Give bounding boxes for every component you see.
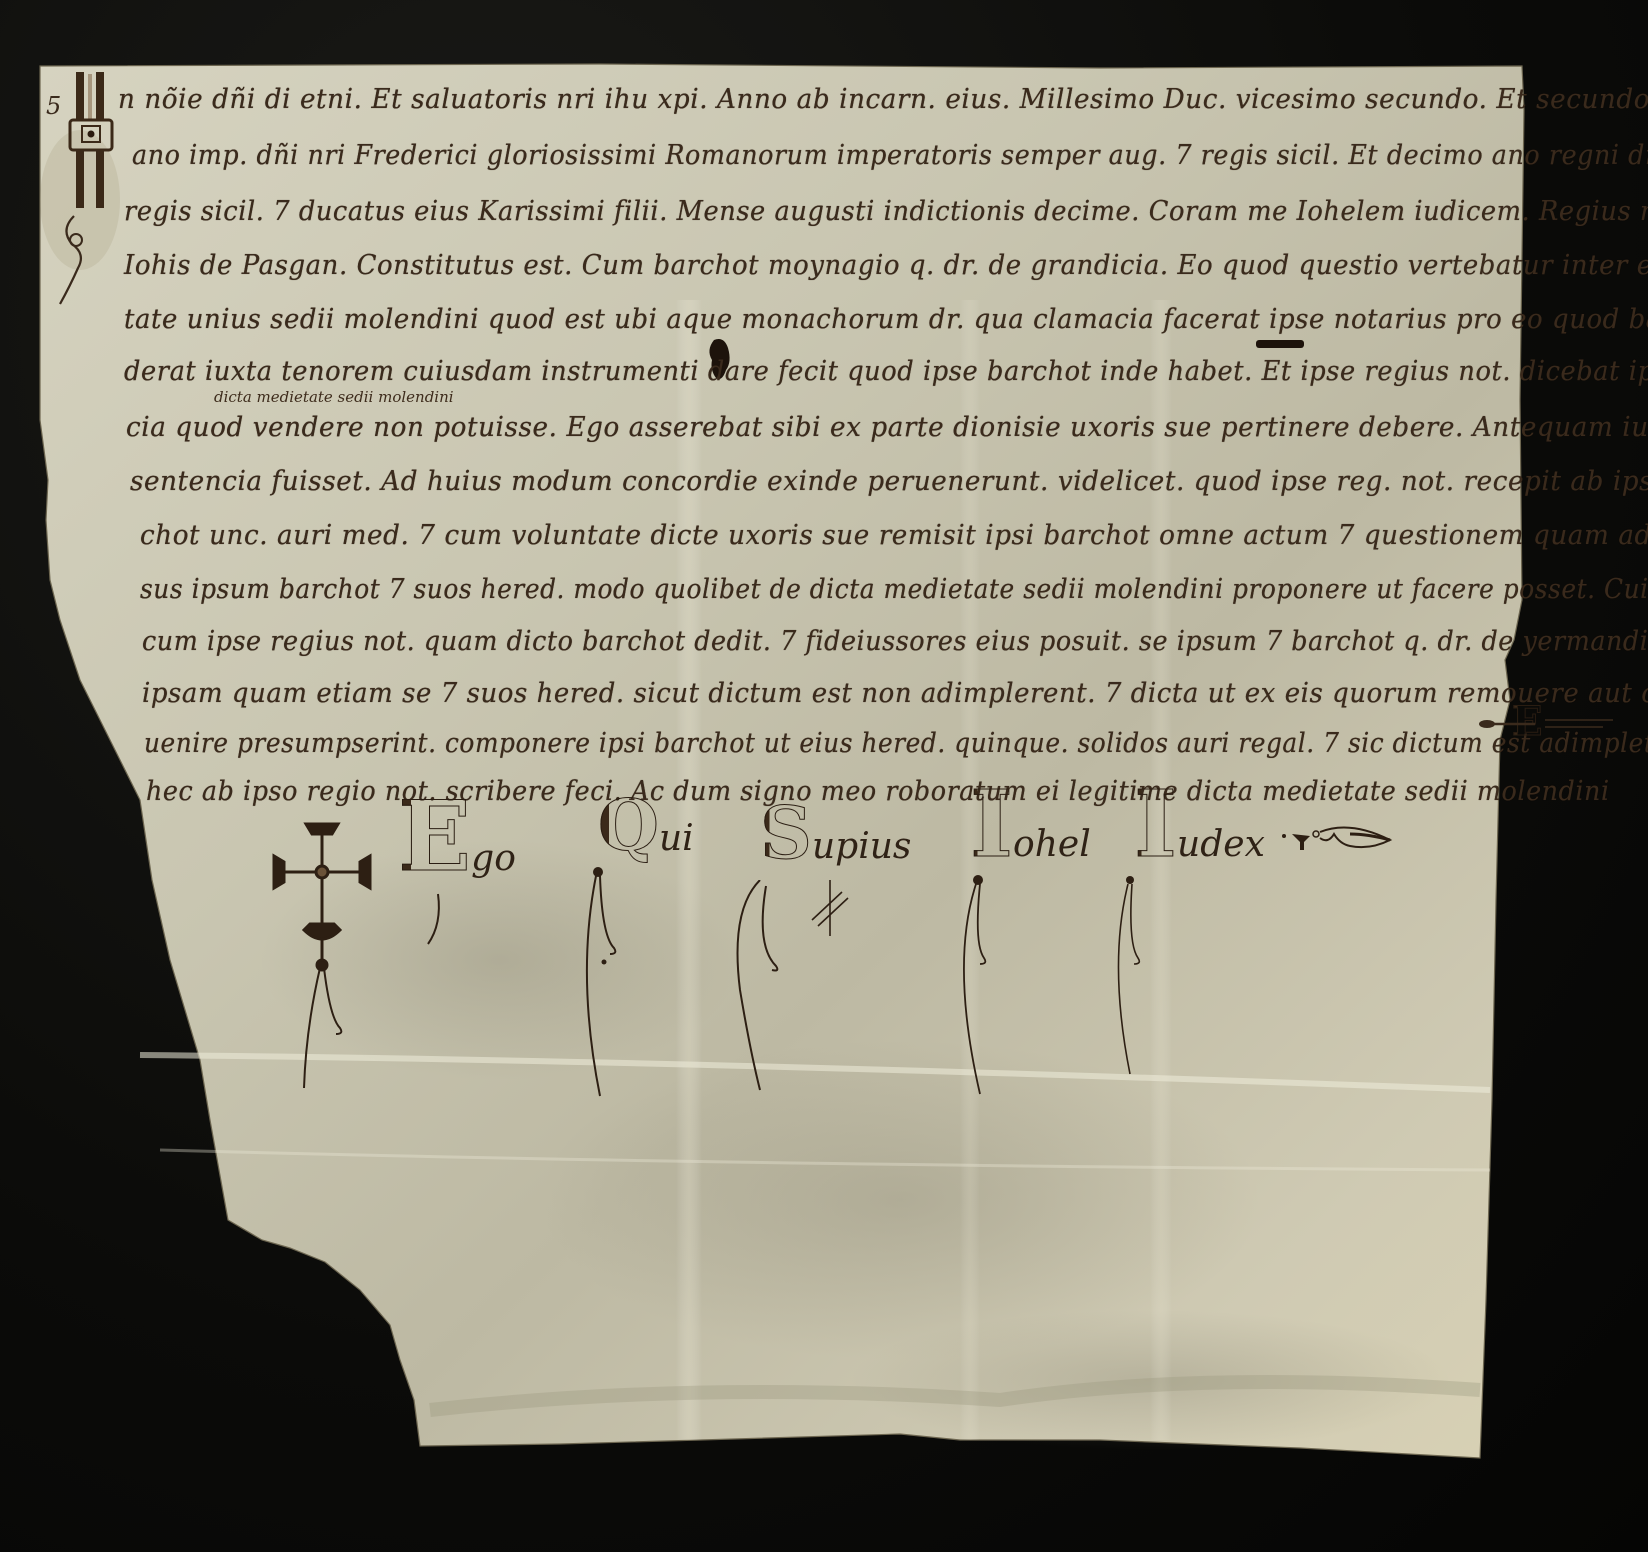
iohel-tail-icon — [952, 870, 1012, 1100]
text-line-7: cia quod vendere non potuisse. Ego asser… — [126, 412, 1648, 443]
leaf-flourish-icon — [1280, 820, 1410, 860]
text-line-3: regis sicil. 7 ducatus eius Karissimi fi… — [124, 196, 1648, 227]
end-tail-icon — [1475, 716, 1615, 732]
ego-tail-icon — [420, 890, 450, 950]
margin-mark-top: 5 — [46, 92, 61, 120]
interlinear-insertion: dicta medietate sedii molendini — [214, 388, 454, 406]
subscription-word-iudex: Iudex — [1134, 770, 1265, 878]
text-line-11: cum ipse regius not. quam dicto barchot … — [142, 626, 1648, 657]
text-line-2: ano imp. dñi nri Frederici gloriosissimi… — [132, 140, 1648, 171]
supius-tail-icon — [720, 880, 860, 1100]
text-line-10: sus ipsum barchot 7 suos hered. modo quo… — [140, 574, 1648, 605]
decorated-initial-i — [68, 70, 114, 210]
text-line-8: sentencia fuisset. Ad huius modum concor… — [130, 466, 1648, 497]
cross-signum-icon — [270, 800, 380, 1120]
text-line-5: tate unius sedii molendini quod est ubi … — [124, 304, 1648, 335]
subscription-word-supius: Supius — [760, 790, 911, 875]
text-line-13: uenire presumpserint. componere ipsi bar… — [144, 728, 1648, 759]
text-line-12: ipsam quam etiam se 7 suos hered. sicut … — [142, 678, 1648, 709]
subscription-word-ego: Ego — [398, 780, 516, 893]
iudex-tail-icon — [1100, 870, 1160, 1100]
subscription-line: Ego Qui Supius Iohel Iudex — [270, 780, 1470, 1100]
qui-tail-icon — [570, 866, 620, 1106]
subscription-word-qui: Qui — [598, 784, 694, 867]
text-line-9: chot unc. auri med. 7 cum voluntate dict… — [140, 520, 1648, 551]
text-line-6: derat iuxta tenorem cuiusdam instrumenti… — [124, 356, 1648, 387]
text-line-4: Iohis de Pasgan. Constitutus est. Cum ba… — [124, 250, 1648, 281]
text-line-1: n nõie dñi di etni. Et saluatoris nri ih… — [118, 84, 1648, 115]
margin-flourish-icon — [56, 210, 96, 310]
subscription-word-iohel: Iohel — [970, 770, 1091, 878]
